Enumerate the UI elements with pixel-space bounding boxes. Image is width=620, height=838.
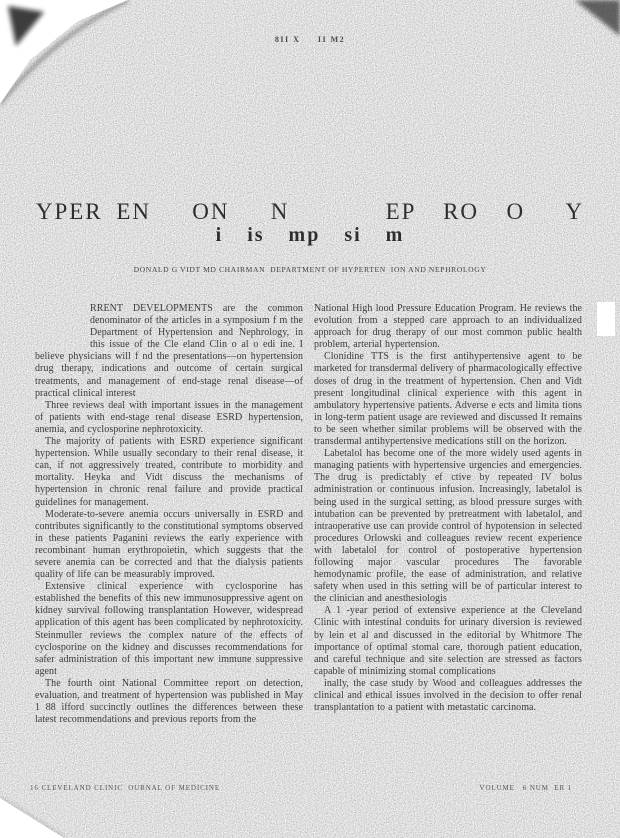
right-column: National High lood Pressure Education Pr…: [314, 303, 582, 726]
journal-footer-left: 16 CLEVELAND CLINIC OURNAL OF MEDICINE: [30, 784, 220, 792]
paragraph: Extensive clinical experience with cyclo…: [35, 581, 303, 678]
article-title-line1: YPER EN ON N EP RO O Y: [0, 199, 620, 225]
paragraph: Moderate-to-severe anemia occurs univers…: [35, 509, 303, 582]
page-scan-area: 8II X II M2 YPER EN ON N EP RO O Y i is …: [0, 0, 620, 838]
scan-corner-shadow-top-left: [8, 6, 44, 46]
running-head-fragment: 8II X II M2: [0, 35, 620, 44]
paragraph: Clonidine TTS is the first antihypertens…: [314, 351, 582, 448]
paragraph: inally, the case study by Wood and colle…: [314, 678, 582, 714]
journal-footer-right: VOLUME 6 NUM ER 1: [480, 784, 572, 792]
paragraph: The fourth oint National Committee repor…: [35, 678, 303, 726]
paragraph: The majority of patients with ESRD exper…: [35, 436, 303, 509]
dropcap-missing-space: [35, 303, 90, 351]
paragraph: RRENT DEVELOPMENTS are the common denomi…: [35, 303, 303, 400]
author-byline: DONALD G VIDT MD CHAIRMAN DEPARTMENT OF …: [0, 265, 620, 274]
two-column-body: RRENT DEVELOPMENTS are the common denomi…: [35, 303, 583, 726]
article-title-line2: i is mp si m: [0, 224, 620, 247]
paragraph: A 1 -year period of extensive experience…: [314, 605, 582, 678]
paragraph: Three reviews deal with important issues…: [35, 400, 303, 436]
left-column: RRENT DEVELOPMENTS are the common denomi…: [35, 303, 303, 726]
scanned-journal-page: 8II X II M2 YPER EN ON N EP RO O Y i is …: [0, 0, 620, 838]
paragraph: National High lood Pressure Education Pr…: [314, 303, 582, 351]
paragraph: Labetalol has become one of the more wid…: [314, 448, 582, 605]
scan-white-patch: [597, 302, 615, 336]
